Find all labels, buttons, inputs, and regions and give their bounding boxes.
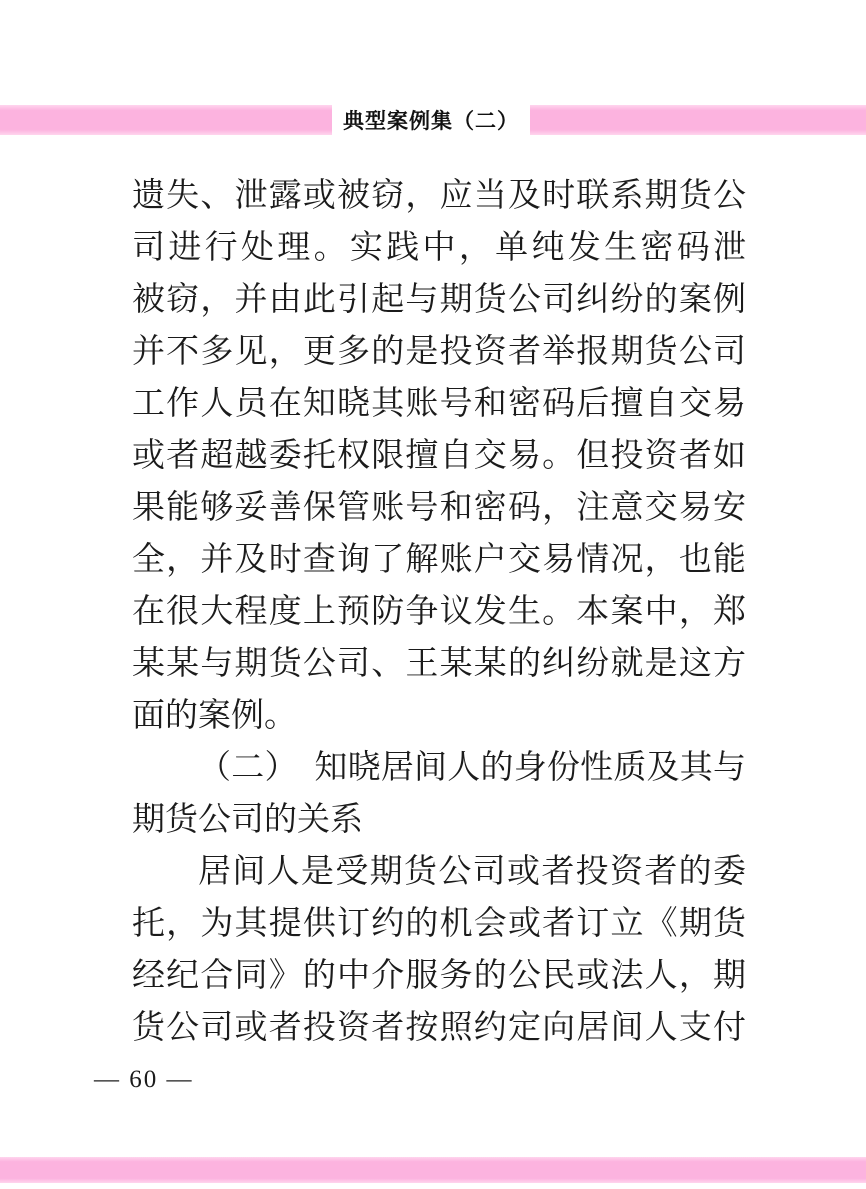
text-line: 在很大程度上预防争议发生。本案中，郑: [132, 586, 746, 638]
text-line: 果能够妥善保管账号和密码，注意交易安: [132, 482, 746, 534]
body-text: 遗失、泄露或被窃，应当及时联系期货公 司进行处理。实践中，单纯发生密码泄露、 被…: [132, 170, 746, 1054]
text-line: 托，为其提供订约的机会或者订立《期货: [132, 898, 746, 950]
text-line: 被窃，并由此引起与期货公司纠纷的案例: [132, 274, 746, 326]
text-line: 经纪合同》的中介服务的公民或法人，期: [132, 950, 746, 1002]
text-line: 面的案例。: [132, 690, 746, 742]
section-heading-line: 期货公司的关系: [132, 794, 746, 846]
header-title-gap: 典型案例集（二）: [332, 105, 530, 135]
text-line: 并不多见，更多的是投资者举报期货公司: [132, 326, 746, 378]
book-page: 典型案例集（二） 遗失、泄露或被窃，应当及时联系期货公 司进行处理。实践中，单纯…: [0, 0, 866, 1189]
text-line: 或者超越委托权限擅自交易。但投资者如: [132, 430, 746, 482]
text-line: 全，并及时查询了解账户交易情况，也能: [132, 534, 746, 586]
text-line: 居间人是受期货公司或者投资者的委: [132, 846, 746, 898]
text-line: 货公司或者投资者按照约定向居间人支付: [132, 1002, 746, 1054]
header-band-left: [0, 105, 332, 135]
text-line: 工作人员在知晓其账号和密码后擅自交易: [132, 378, 746, 430]
text-line: 遗失、泄露或被窃，应当及时联系期货公: [132, 170, 746, 222]
running-head-title: 典型案例集（二）: [343, 105, 519, 135]
text-line: 司进行处理。实践中，单纯发生密码泄露、: [132, 222, 746, 274]
page-number: — 60 —: [94, 1066, 194, 1094]
header-band-right: [530, 105, 866, 135]
section-heading-line: （二） 知晓居间人的身份性质及其与: [132, 742, 746, 794]
footer-band: [0, 1157, 866, 1183]
page-header-band: 典型案例集（二）: [0, 105, 866, 135]
text-line: 某某与期货公司、王某某的纠纷就是这方: [132, 638, 746, 690]
